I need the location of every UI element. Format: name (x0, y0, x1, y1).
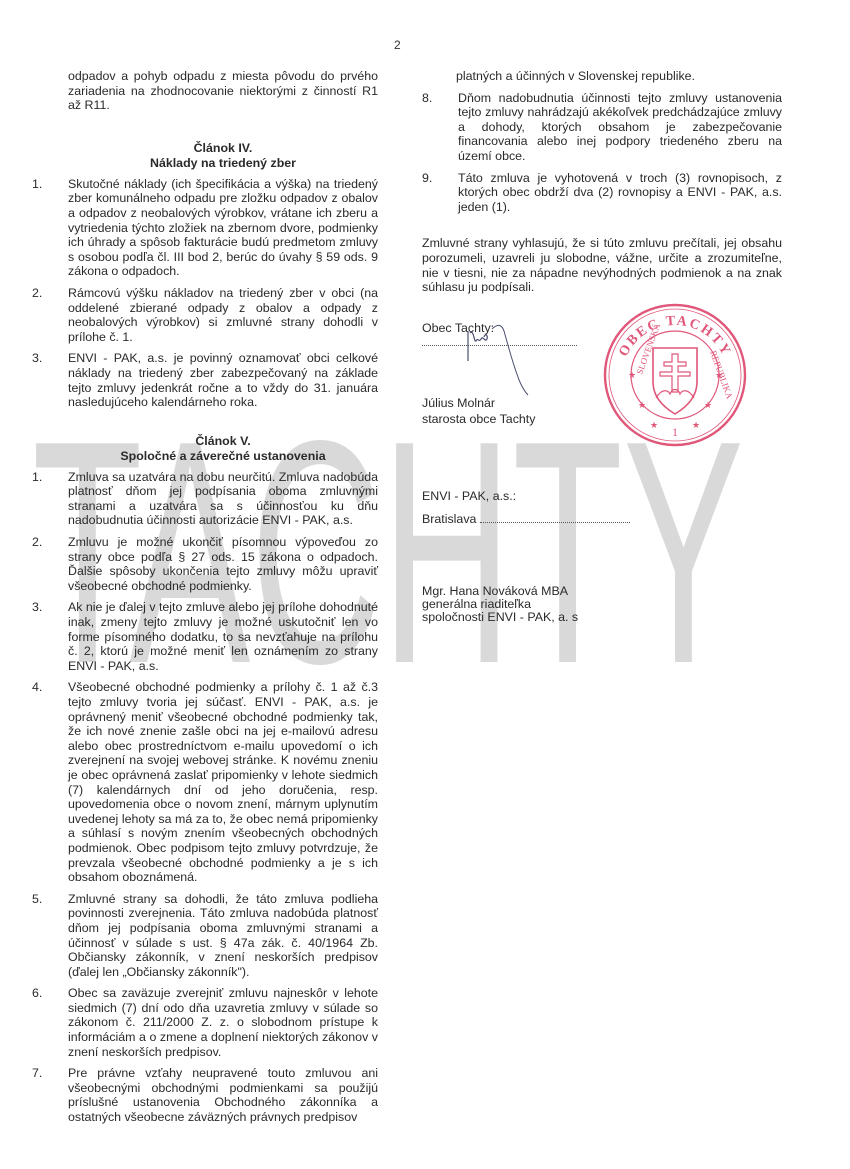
article-5-list: 1.Zmluva sa uzatvára na dobu neurčitú. Z… (32, 470, 378, 1125)
item-text: Zmluvné strany sa dohodli, že táto zmluv… (68, 892, 378, 979)
article-subtitle: Spoločné a záverečné ustanovenia (68, 449, 378, 464)
list-item: 6.Obec sa zaväzuje zverejniť zmluvu najn… (32, 986, 378, 1059)
svg-text:★: ★ (650, 420, 658, 430)
item-text: Dňom nadobudnutia účinnosti tejto zmluvy… (458, 91, 782, 163)
list-item: 8.Dňom nadobudnutia účinnosti tejto zmlu… (422, 91, 782, 164)
item-number: 2. (32, 286, 42, 301)
article-title: Článok V. (68, 434, 378, 449)
company-label: ENVI - PAK, a.s.: (422, 489, 722, 504)
item-text: Rámcovú výšku nákladov na triedený zber … (68, 286, 378, 344)
continuation-text: odpadov a pohyb odpadu z miesta pôvodu d… (32, 69, 378, 113)
company-signature-block: ENVI - PAK, a.s.: Bratislava (422, 489, 722, 535)
item-text: Pre právne vzťahy neupravené touto zmluv… (68, 1066, 378, 1124)
item-number: 1. (32, 470, 42, 485)
svg-text:★: ★ (692, 420, 700, 430)
place-label: Bratislava (422, 512, 476, 526)
svg-text:★: ★ (638, 400, 646, 410)
continuation-text: platných a účinných v Slovenskej republi… (422, 69, 782, 84)
item-number: 8. (422, 91, 432, 106)
left-column: odpadov a pohyb odpadu z miesta pôvodu d… (32, 69, 378, 1132)
article-4-heading: Článok IV. Náklady na triedený zber (68, 141, 378, 171)
list-item: 9.Táto zmluva je vyhotovená v troch (3) … (422, 171, 782, 215)
item-text: Táto zmluva je vyhotovená v troch (3) ro… (458, 171, 782, 214)
item-text: Všeobecné obchodné podmienky a prílohy č… (68, 680, 378, 884)
director-block: Mgr. Hana Nováková MBA generálna riadite… (422, 585, 722, 624)
item-text: Skutočné náklady (ich špecifikácia a výš… (68, 177, 378, 279)
item-number: 9. (422, 171, 432, 186)
item-number: 1. (32, 177, 42, 192)
item-text: Ak nie je ďalej v tejto zmluve alebo jej… (68, 600, 378, 672)
item-text: Obec sa zaväzuje zverejniť zmluvu najnes… (68, 986, 378, 1058)
svg-text:★: ★ (704, 400, 712, 410)
declaration-text: Zmluvné strany vyhlasujú, že si túto zml… (422, 236, 782, 294)
page-number: 2 (394, 38, 401, 52)
svg-text:1: 1 (672, 425, 678, 439)
list-item: 3.Ak nie je ďalej v tejto zmluve alebo j… (32, 600, 378, 673)
article-subtitle: Náklady na triedený zber (68, 156, 378, 171)
signature-line (480, 522, 630, 523)
item-number: 6. (32, 986, 42, 1001)
list-item: 1.Zmluva sa uzatvára na dobu neurčitú. Z… (32, 470, 378, 528)
item-text: Zmluva sa uzatvára na dobu neurčitú. Zml… (68, 470, 378, 528)
article-5-list-continued: 8.Dňom nadobudnutia účinnosti tejto zmlu… (422, 91, 782, 215)
director-company: spoločnosti ENVI - PAK, a. s (422, 611, 722, 624)
article-title: Článok IV. (68, 141, 378, 156)
list-item: 3.ENVI - PAK, a.s. je povinný oznamovať … (32, 351, 378, 409)
article-5-heading: Článok V. Spoločné a záverečné ustanoven… (68, 434, 378, 464)
list-item: 7.Pre právne vzťahy neupravené touto zml… (32, 1066, 378, 1124)
list-item: 1.Skutočné náklady (ich špecifikácia a v… (32, 177, 378, 279)
item-number: 2. (32, 535, 42, 550)
item-number: 4. (32, 680, 42, 695)
item-number: 3. (32, 600, 42, 615)
list-item: 2.Zmluvu je možné ukončiť písomnou výpov… (32, 535, 378, 593)
item-text: Zmluvu je možné ukončiť písomnou výpoveď… (68, 535, 378, 593)
item-number: 3. (32, 351, 42, 366)
list-item: 2.Rámcovú výšku nákladov na triedený zbe… (32, 286, 378, 344)
list-item: 5.Zmluvné strany sa dohodli, že táto zml… (32, 892, 378, 980)
item-number: 7. (32, 1066, 42, 1081)
place-line: Bratislava (422, 512, 722, 527)
official-stamp-icon: OBEC TACHTY ★ ★ ★ ★ ★ ★ 1 SLOVENSKÁ REPU… (600, 300, 750, 450)
article-4-list: 1.Skutočné náklady (ich špecifikácia a v… (32, 177, 378, 410)
item-number: 5. (32, 892, 42, 907)
list-item: 4.Všeobecné obchodné podmienky a prílohy… (32, 680, 378, 884)
handwritten-signature-icon (452, 321, 532, 401)
item-text: ENVI - PAK, a.s. je povinný oznamovať ob… (68, 351, 378, 409)
